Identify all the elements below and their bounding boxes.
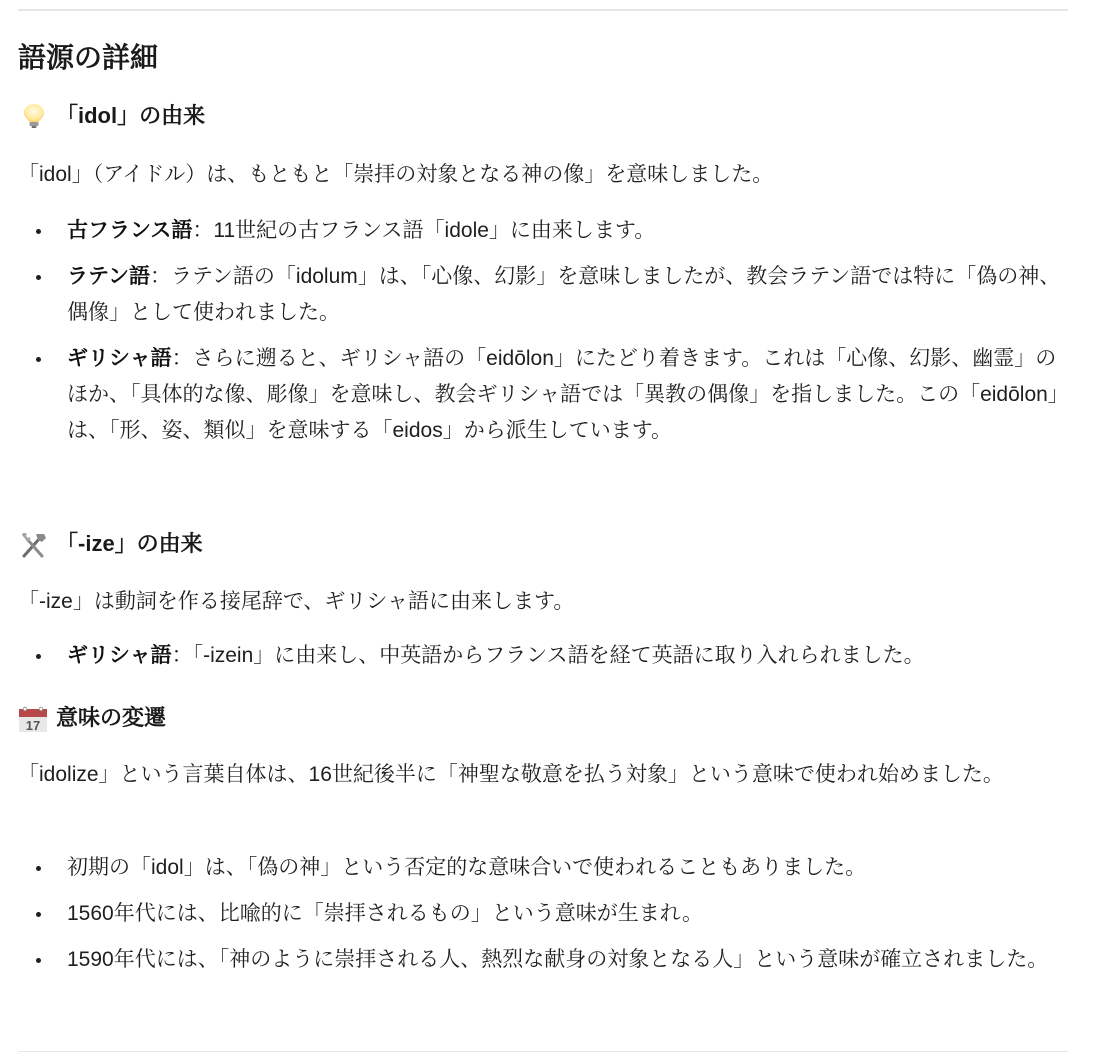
page-title: 語源の詳細	[18, 40, 158, 76]
list-item: 1590年代には、「神のように崇拝される人、熱烈な献身の対象となる人」という意味…	[18, 942, 1063, 978]
list-item: 古フランス語：11世紀の古フランス語「idole」に由来します。	[18, 213, 1063, 249]
section-intro: 「idol」（アイドル）は、もともと「崇拝の対象となる神の像」を意味しました。	[18, 157, 1063, 193]
term-label: ラテン語	[67, 265, 150, 288]
list-item: 初期の「idol」は、「偽の神」という否定的な意味合いで使われることもありました…	[18, 850, 1063, 886]
list-item: 1560年代には、比喩的に「崇拝されるもの」という意味が生まれ。	[18, 896, 1063, 932]
section-heading-text: 「-ize」の由来	[56, 529, 203, 559]
svg-text:17: 17	[26, 718, 40, 733]
term-label: ギリシャ語	[67, 644, 172, 667]
list-item: ギリシャ語：さらに遡ると、ギリシャ語の「eidōlon」にたどり着きます。これは…	[18, 341, 1063, 449]
hammer-and-wrench-icon	[18, 529, 50, 559]
item-text: 1590年代には、「神のように崇拝される人、熱烈な献身の対象となる人」という意味…	[67, 948, 1048, 971]
top-divider	[18, 9, 1068, 11]
section-heading-text: 「idol」の由来	[56, 101, 205, 131]
bullet-list-idol: 古フランス語：11世紀の古フランス語「idole」に由来します。 ラテン語：ラテ…	[18, 213, 1063, 459]
section-heading-meaning: 17 意味の変遷	[18, 703, 166, 733]
item-text: さらに遡ると、ギリシャ語の「eidōlon」にたどり着きます。これは「心像、幻影…	[67, 347, 1058, 442]
section-intro: 「idolize」という言葉自体は、16世紀後半に「神聖な敬意を払う対象」という…	[18, 757, 1063, 793]
calendar-icon: 17	[18, 703, 50, 733]
item-text: ラテン語の「idolum」は、「心像、幻影」を意味しましたが、教会ラテン語では特…	[67, 265, 1060, 324]
bullet-list-meaning: 初期の「idol」は、「偽の神」という否定的な意味合いで使われることもありました…	[18, 850, 1063, 988]
item-text: 初期の「idol」は、「偽の神」という否定的な意味合いで使われることもありました…	[67, 856, 866, 879]
bullet-list-ize: ギリシャ語：「-izein」に由来し、中英語からフランス語を経て英語に取り入れら…	[18, 638, 1063, 684]
list-item: ギリシャ語：「-izein」に由来し、中英語からフランス語を経て英語に取り入れら…	[18, 638, 1063, 674]
bottom-divider	[18, 1051, 1068, 1052]
term-label: ギリシャ語	[67, 347, 172, 370]
item-text: 1560年代には、比喩的に「崇拝されるもの」という意味が生まれ。	[67, 902, 703, 925]
section-intro: 「-ize」は動詞を作る接尾辞で、ギリシャ語に由来します。	[18, 584, 1063, 620]
list-item: ラテン語：ラテン語の「idolum」は、「心像、幻影」を意味しましたが、教会ラテ…	[18, 259, 1063, 331]
item-text: 11世紀の古フランス語「idole」に由来します。	[213, 219, 655, 242]
section-heading-text: 意味の変遷	[56, 703, 166, 733]
term-label: 古フランス語	[67, 219, 192, 242]
section-heading-idol: 「idol」の由来	[18, 101, 205, 131]
lightbulb-icon	[18, 101, 50, 131]
section-heading-ize: 「-ize」の由来	[18, 529, 203, 559]
item-text: 「-izein」に由来し、中英語からフランス語を経て英語に取り入れられました。	[193, 644, 925, 667]
